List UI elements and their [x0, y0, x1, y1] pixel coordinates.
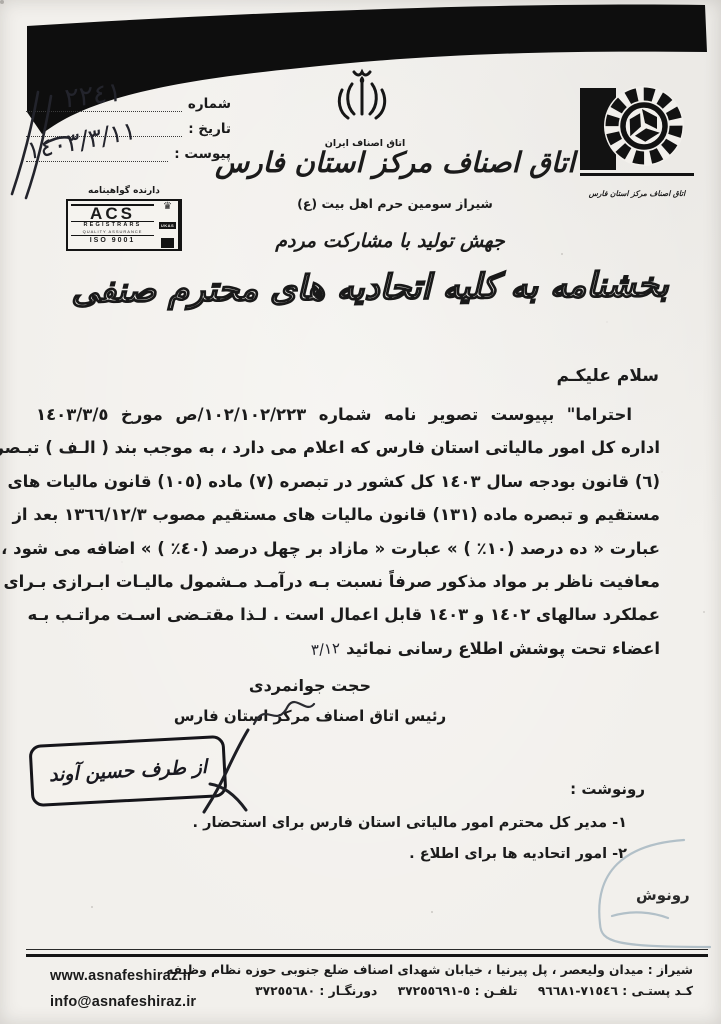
- crown-icon: ♛: [163, 202, 172, 212]
- postal-label: کـد پستـی :: [622, 984, 693, 998]
- body-line: مستقیم و تبصره ماده (١٣١) قانون مالیات ه…: [36, 498, 660, 531]
- handwritten-note: ٣/١٢: [310, 632, 341, 667]
- certificate-holder-text: دارنده گواهینامه: [88, 186, 160, 196]
- ukas-label: UKAS: [159, 222, 176, 229]
- gear-emblem-icon: [578, 76, 696, 184]
- body-line: اعضاء تحت پوشش اطلاع رسانی نمائید ٣/١٢: [36, 632, 660, 666]
- organization-subtitle: شیراز سومین حرم اهل بیت (ع): [230, 196, 560, 211]
- scan-noise-speckles: [0, 0, 4, 4]
- acs-brand: ACS: [71, 204, 154, 222]
- iran-emblem-icon: [330, 68, 394, 134]
- email-address: info@asnafeshiraz.ir: [50, 989, 196, 1015]
- acs-registrars-block: ACS REGISTRARS QUALITY ASSURANCE ISO 900…: [68, 201, 157, 249]
- year-slogan: جهش تولید با مشارکت مردم: [190, 230, 590, 252]
- iso-9001-text: ISO 9001: [71, 235, 154, 245]
- website-url: www.asnafeshiraz.ir: [50, 963, 196, 989]
- phone-value: ٥-٣٧٢٥٥٦٩١: [398, 984, 471, 998]
- ukas-black-bar: [161, 238, 174, 248]
- ukas-mark: ♛ UKAS: [157, 201, 180, 249]
- postal-code-group: کـد پستـی : ٧١٥٤٦-٩٦٦٨١: [534, 984, 693, 998]
- date-label: تاریخ :: [188, 121, 231, 137]
- scanned-letter-page: شماره تاریخ : پیوست : ٢٢٤١ ١٤٠٣/٣/١١ دار…: [0, 0, 721, 1024]
- body-line-text: اعضاء تحت پوشش اطلاع رسانی نمائید: [346, 639, 660, 658]
- stamp-text: از طرف حسین آوند: [48, 756, 207, 786]
- body-line: عملکرد سالهای ١٤٠٢ و ١٤٠٣ قابل اعمال است…: [36, 598, 660, 631]
- footer-web-block: www.asnafeshiraz.ir info@asnafeshiraz.ir: [50, 963, 196, 1015]
- fax-label: دورنگـار :: [319, 984, 377, 998]
- stamp-pen-stroke: [196, 726, 256, 816]
- body-line: (٦) قانون بودجه سال ١٤٠٣ کل کشور در تبصر…: [36, 465, 660, 498]
- body-line: اداره کل امور مالیاتی استان فارس که اعلا…: [36, 431, 660, 464]
- logo-caption: اتاق اصناف مرکز استان فارس: [576, 189, 698, 198]
- faint-blue-stamp: [552, 828, 717, 956]
- handwritten-pen-strokes: [4, 86, 74, 206]
- phone-label: تلفـن :: [475, 984, 518, 998]
- signer-name: حجت جوانمردی: [150, 676, 470, 695]
- cc-label: رونوشت :: [300, 780, 645, 798]
- footer-address: شیراز : میدان ولیعصر ، پل پیرنیا ، خیابا…: [215, 963, 693, 977]
- iso-certificate-stamp: ♛ UKAS ACS REGISTRARS QUALITY ASSURANCE …: [66, 199, 182, 251]
- body-line: عبارت « ده درصد (١٠٪ ) » عبارت « مازاد ب…: [36, 532, 660, 565]
- footer-contact-numbers: کـد پستـی : ٧١٥٤٦-٩٦٦٨١ تلفـن : ٥-٣٧٢٥٥٦…: [215, 984, 693, 998]
- signature-scribble: [248, 694, 318, 736]
- chamber-logo: اتاق اصناف مرکز استان فارس: [576, 76, 698, 198]
- quality-line-text: QUALITY ASSURANCE: [68, 229, 157, 234]
- number-label: شماره: [188, 96, 231, 112]
- salutation: سلام علیکـم: [556, 366, 659, 386]
- body-line: معافیت ناظر بر مواد مذکور صرفاً نسبت بـه…: [36, 565, 660, 598]
- footer-divider-thick: [26, 954, 708, 957]
- phone-group: تلفـن : ٥-٣٧٢٥٥٦٩١: [393, 984, 517, 998]
- footer-divider-thin: [26, 949, 708, 950]
- fax-value: ٣٧٢٥٥٦٨٠: [255, 984, 315, 998]
- postal-value: ٧١٥٤٦-٩٦٦٨١: [538, 984, 618, 998]
- letter-body: احتراما" بپیوست تصویر نامه شماره ١٠٢/١٠٢…: [36, 398, 660, 666]
- body-line: احتراما" بپیوست تصویر نامه شماره ١٠٢/١٠٢…: [36, 398, 660, 431]
- circular-title: بخشنامه به کلیه اتحادیه های محترم صنفی: [30, 264, 710, 311]
- fax-group: دورنگـار : ٣٧٢٥٥٦٨٠: [255, 984, 377, 998]
- organization-title: اتاق اصناف مرکز استان فارس: [180, 146, 610, 179]
- registrars-text: REGISTRARS: [68, 222, 157, 229]
- footer-contact-block: شیراز : میدان ولیعصر ، پل پیرنیا ، خیابا…: [215, 963, 693, 998]
